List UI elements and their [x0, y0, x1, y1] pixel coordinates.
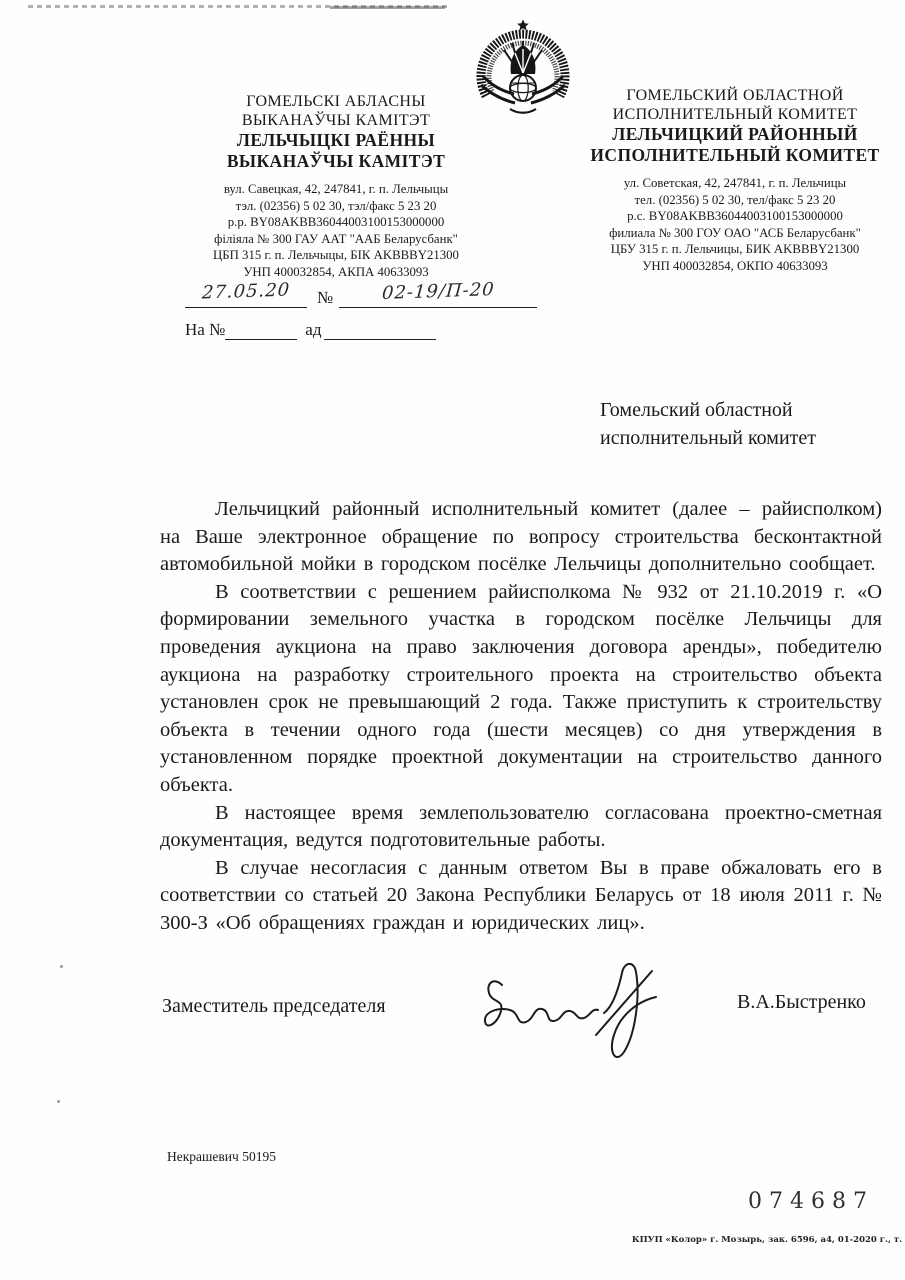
address-line: філіяла № 300 ГАУ ААТ "ААБ Беларусбанк": [146, 231, 526, 248]
scanned-letter-page: ГОМЕЛЬСКІ АБЛАСНЫ ВЫКАНАЎЧЫ КАМІТЭТ ЛЕЛЬ…: [0, 0, 905, 1280]
letterhead-belarusian: ГОМЕЛЬСКІ АБЛАСНЫ ВЫКАНАЎЧЫ КАМІТЭТ ЛЕЛЬ…: [146, 92, 526, 280]
org-address-block: ул. Советская, 42, 247841, г. п. Лельчиц…: [564, 175, 905, 274]
letterhead-russian: ГОМЕЛЬСКИЙ ОБЛАСТНОЙ ИСПОЛНИТЕЛЬНЫЙ КОМИ…: [564, 86, 905, 274]
org-name-line: ГОМЕЛЬСКИЙ ОБЛАСТНОЙ: [564, 86, 905, 105]
number-sign-label: №: [307, 288, 339, 307]
letter-body: Лельчицкий районный исполнительный комит…: [160, 496, 882, 938]
address-line: р.с. BY08AKBB36044003100153000000: [564, 208, 905, 225]
body-paragraph: В настоящее время землепользователю согл…: [160, 800, 882, 855]
body-paragraph: В случае несогласия с данным ответом Вы …: [160, 855, 882, 938]
org-name-bold-line: ВЫКАНАЎЧЫ КАМІТЭТ: [146, 151, 526, 172]
address-line: УНП 400032854, АКПА 40633093: [146, 264, 526, 281]
org-name-line: ВЫКАНАЎЧЫ КАМІТЭТ: [146, 111, 526, 130]
org-name-line: ИСПОЛНИТЕЛЬНЫЙ КОМИТЕТ: [564, 105, 905, 124]
address-line: ЦБП 315 г. п. Лельчыцы, БІК AKBBBY21300: [146, 247, 526, 264]
org-address-block: вул. Савецкая, 42, 247841, г. п. Лельчыц…: [146, 181, 526, 280]
outgoing-line: 27.05.20№02-19/П-20: [185, 281, 537, 313]
handwritten-date: 27.05.20: [201, 279, 291, 303]
addressee-line: исполнительный комитет: [600, 424, 816, 452]
signer-name: В.А.Быстренко: [737, 991, 866, 1014]
address-line: ЦБУ 315 г. п. Лельчицы, БИК AKBBBY21300: [564, 241, 905, 258]
scan-artifact-line: [330, 6, 445, 9]
reply-to-line: На №ад: [185, 313, 537, 345]
signer-title: Заместитель председателя: [162, 995, 386, 1018]
addressee-block: Гомельский областной исполнительный коми…: [600, 396, 816, 452]
address-line: вул. Савецкая, 42, 247841, г. п. Лельчыц…: [146, 181, 526, 198]
address-line: УНП 400032854, ОКПО 40633093: [564, 258, 905, 275]
handwritten-signature-icon: [480, 955, 670, 1075]
reply-connector-label: ад: [297, 320, 323, 339]
executor-line: Некрашевич 50195: [167, 1149, 276, 1165]
handwritten-number: 02-19/П-20: [381, 279, 495, 304]
print-shop-info: КПУП «Колор» г. Мозырь, зак. 6596, а4, 0…: [632, 1235, 905, 1245]
org-name-line: ГОМЕЛЬСКІ АБЛАСНЫ: [146, 92, 526, 111]
body-paragraph: В соответствии с решением райисполкома №…: [160, 579, 882, 800]
reply-date-field: [324, 313, 436, 340]
scan-speck: [57, 1100, 60, 1103]
address-line: тел. (02356) 5 02 30, тел/факс 5 23 20: [564, 192, 905, 209]
reference-block: 27.05.20№02-19/П-20 На №ад: [185, 281, 537, 345]
org-name-bold-line: ЛЕЛЬЧИЦКИЙ РАЙОННЫЙ: [564, 124, 905, 145]
body-paragraph: Лельчицкий районный исполнительный комит…: [160, 496, 882, 579]
form-serial-number: 074687: [748, 1189, 874, 1214]
address-line: ул. Советская, 42, 247841, г. п. Лельчиц…: [564, 175, 905, 192]
address-line: филиала № 300 ГОУ ОАО "АСБ Беларусбанк": [564, 225, 905, 242]
date-field: 27.05.20: [185, 281, 307, 308]
scan-speck: [60, 965, 63, 968]
address-line: р.р. BY08AKBB36044003100153000000: [146, 214, 526, 231]
addressee-line: Гомельский областной: [600, 396, 816, 424]
outgoing-number-field: 02-19/П-20: [339, 281, 537, 308]
reply-number-field: [225, 313, 297, 340]
reply-prefix-label: На №: [185, 320, 225, 339]
org-name-bold-line: ИСПОЛНИТЕЛЬНЫЙ КОМИТЕТ: [564, 145, 905, 166]
address-line: тэл. (02356) 5 02 30, тэл/факс 5 23 20: [146, 198, 526, 215]
org-name-bold-line: ЛЕЛЬЧЫЦКІ РАЁННЫ: [146, 130, 526, 151]
